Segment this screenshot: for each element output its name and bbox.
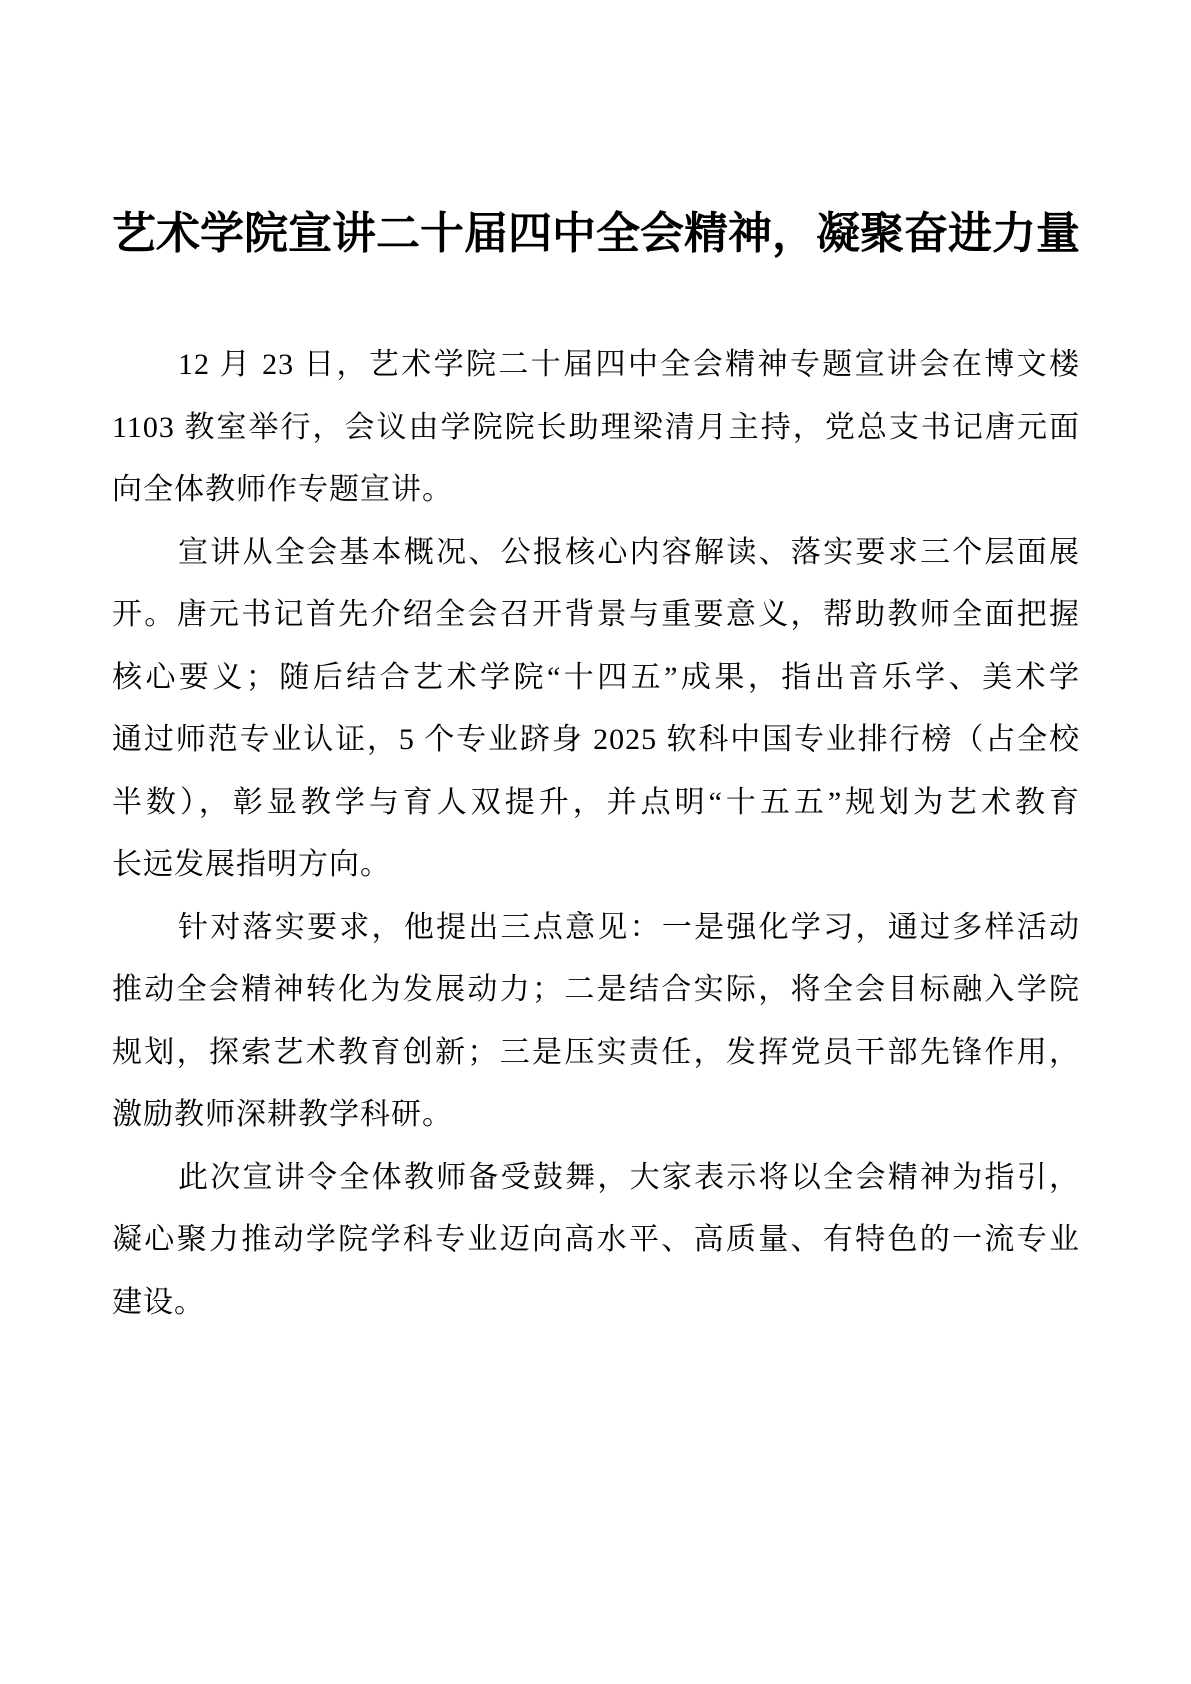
paragraph-4: 此次宣讲令全体教师备受鼓舞，大家表示将以全会精神为指引， 凝心聚力推动学院学科专… [112,1147,1080,1335]
paragraph-2: 宣讲从全会基本概况、公报核心内容解读、落实要求三个层面展 开。唐元书记首先介绍全… [112,522,1080,897]
text-line: 通过师范专业认证，5 个专业跻身 2025 软科中国专业排行榜（占全校 [112,709,1080,772]
text-line: 半数），彰显教学与育人双提升，并点明“十五五”规划为艺术教育 [112,772,1080,835]
text-line: 建设。 [112,1272,1080,1335]
text-line: 1103 教室举行，会议由学院院长助理梁清月主持，党总支书记唐元面 [112,397,1080,460]
text-line: 核心要义；随后结合艺术学院“十四五”成果，指出音乐学、美术学 [112,647,1080,710]
document-content: 艺术学院宣讲二十届四中全会精神，凝聚奋进力量 12 月 23 日，艺术学院二十届… [112,0,1080,1334]
text-line: 激励教师深耕教学科研。 [112,1084,1080,1147]
document-title: 艺术学院宣讲二十届四中全会精神，凝聚奋进力量 [112,0,1080,263]
text-line: 宣讲从全会基本概况、公报核心内容解读、落实要求三个层面展 [112,522,1080,585]
text-line: 凝心聚力推动学院学科专业迈向高水平、高质量、有特色的一流专业 [112,1209,1080,1272]
text-line: 长远发展指明方向。 [112,834,1080,897]
document-page: 艺术学院宣讲二十届四中全会精神，凝聚奋进力量 12 月 23 日，艺术学院二十届… [0,0,1191,1684]
text-line: 推动全会精神转化为发展动力；二是结合实际，将全会目标融入学院 [112,959,1080,1022]
paragraph-3: 针对落实要求，他提出三点意见：一是强化学习，通过多样活动 推动全会精神转化为发展… [112,897,1080,1147]
text-line: 针对落实要求，他提出三点意见：一是强化学习，通过多样活动 [112,897,1080,960]
paragraph-1: 12 月 23 日，艺术学院二十届四中全会精神专题宣讲会在博文楼 1103 教室… [112,334,1080,522]
text-line: 此次宣讲令全体教师备受鼓舞，大家表示将以全会精神为指引， [112,1147,1080,1210]
text-line: 12 月 23 日，艺术学院二十届四中全会精神专题宣讲会在博文楼 [112,334,1080,397]
text-line: 开。唐元书记首先介绍全会召开背景与重要意义，帮助教师全面把握 [112,584,1080,647]
document-body: 12 月 23 日，艺术学院二十届四中全会精神专题宣讲会在博文楼 1103 教室… [112,334,1080,1334]
text-line: 向全体教师作专题宣讲。 [112,459,1080,522]
text-line: 规划，探索艺术教育创新；三是压实责任，发挥党员干部先锋作用， [112,1022,1080,1085]
